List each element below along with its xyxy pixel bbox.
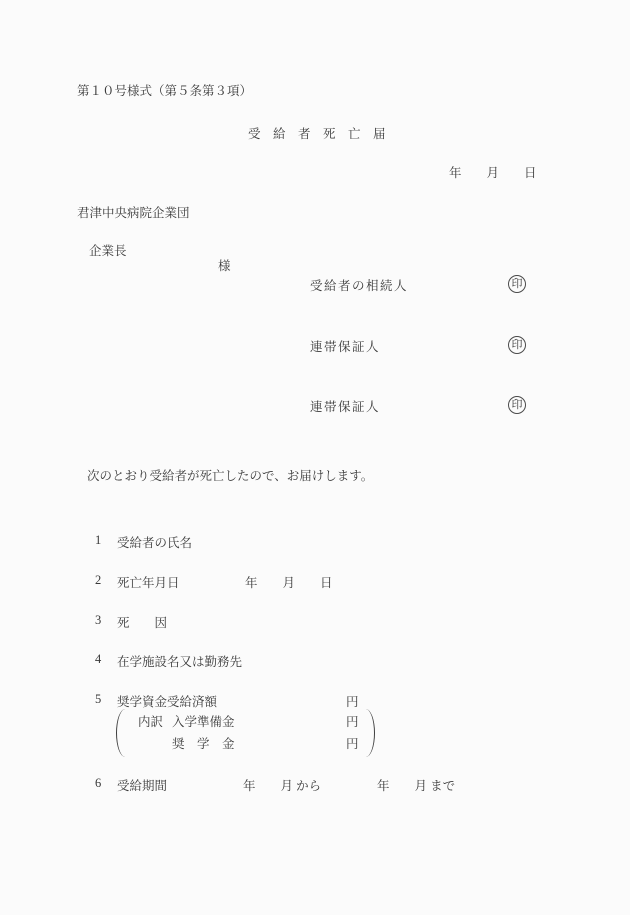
breakdown1-label: 入学準備金: [172, 712, 235, 730]
item4-number: 4: [95, 652, 101, 667]
addressee-honorific: 様: [218, 259, 231, 274]
form-number: 第１０号様式（第５条第３項）: [77, 84, 252, 99]
breakdown-label: 内訳: [138, 712, 163, 730]
item5-yen-unit: 円: [346, 692, 359, 710]
item6-period-from: 年 月 から: [243, 776, 321, 794]
seal-stamp-icon: 印: [508, 275, 526, 293]
death-notification-form-page: 第１０号様式（第５条第３項） 受 給 者 死 亡 届 年 月 日 君津中央病院企…: [0, 0, 630, 915]
item6-number: 6: [95, 776, 101, 791]
seal-stamp-icon: 印: [508, 396, 526, 414]
item3-label: 死 因: [117, 613, 167, 631]
item1-number: 1: [95, 533, 101, 548]
declaration-text: 次のとおり受給者が死亡したので、お届けします。: [87, 469, 373, 484]
item5-number: 5: [95, 692, 101, 707]
item3-number: 3: [95, 613, 101, 628]
item5-label: 奨学資金受給済額: [117, 692, 217, 710]
item1-label: 受給者の氏名: [117, 533, 192, 551]
breakdown2-label: 奨 学 金: [172, 734, 235, 752]
item6-label: 受給期間: [117, 776, 167, 794]
signatory-heir-label: 受給者の相続人: [310, 276, 408, 294]
breakdown-bracket-right: [364, 709, 375, 757]
item4-label: 在学施設名又は勤務先: [117, 652, 242, 670]
signatory-guarantor2-label: 連帯保証人: [310, 397, 380, 415]
item6-period-to: 年 月 まで: [377, 776, 455, 794]
signatory-guarantor1-label: 連帯保証人: [310, 337, 380, 355]
seal-stamp-icon: 印: [508, 336, 526, 354]
addressee-position: 企業長: [89, 244, 127, 259]
breakdown2-yen-unit: 円: [346, 734, 359, 752]
breakdown1-yen-unit: 円: [346, 712, 359, 730]
breakdown-bracket-left: [116, 709, 127, 757]
date-line: 年 月 日: [449, 166, 537, 181]
addressee-organization: 君津中央病院企業団: [77, 206, 190, 221]
item2-label: 死亡年月日: [117, 573, 180, 591]
item2-date-fields: 年 月 日: [245, 573, 333, 591]
item2-number: 2: [95, 573, 101, 588]
form-title: 受 給 者 死 亡 届: [248, 127, 386, 142]
